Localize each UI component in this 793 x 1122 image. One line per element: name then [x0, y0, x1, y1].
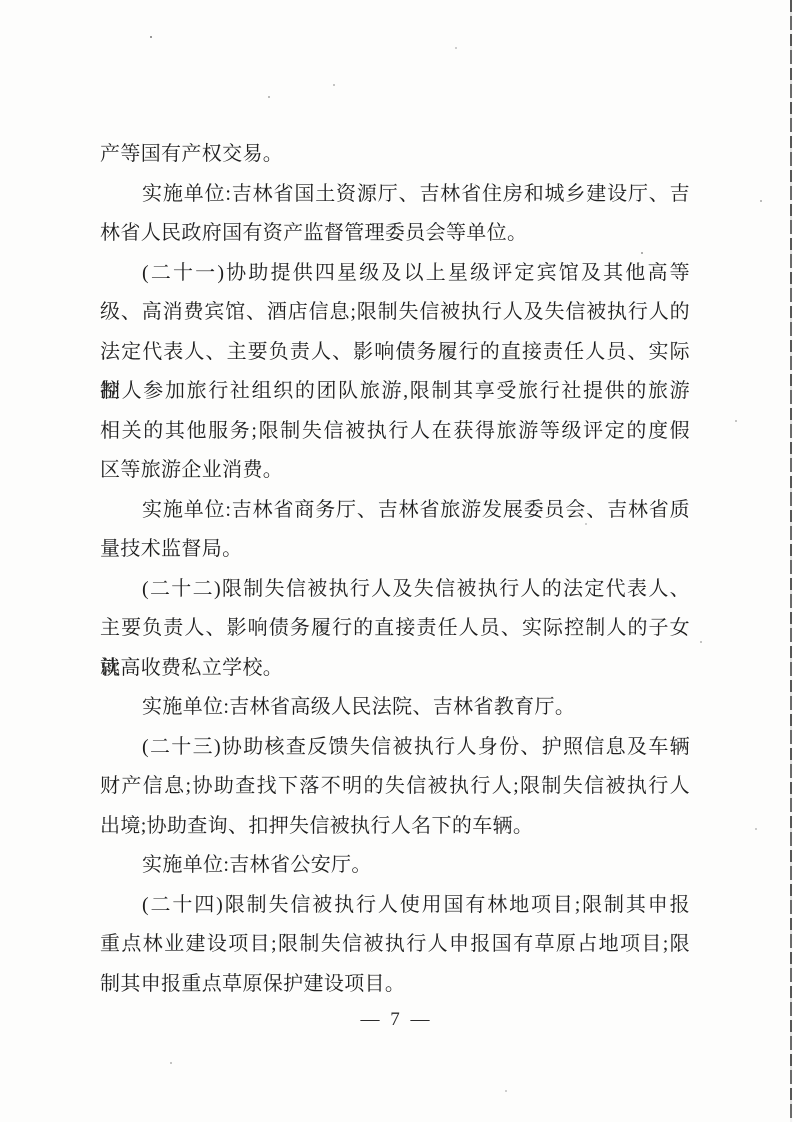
text-line: (二十二)限制失信被执行人及失信被执行人的法定代表人、	[100, 570, 690, 610]
page-number: — 7 —	[0, 1000, 793, 1040]
text-line: 区等旅游企业消费。	[100, 451, 690, 491]
text-line: 实施单位:吉林省公安厅。	[100, 846, 690, 886]
text-line: 实施单位:吉林省商务厅、吉林省旅游发展委员会、吉林省质	[100, 491, 690, 531]
text-line: (二十四)限制失信被执行人使用国有林地项目;限制其申报	[100, 886, 690, 926]
text-line: 制人参加旅行社组织的团队旅游,限制其享受旅行社提供的旅游	[100, 372, 690, 412]
text-line: 出境;协助查询、扣押失信被执行人名下的车辆。	[100, 807, 690, 847]
text-line: 法定代表人、主要负责人、影响债务履行的直接责任人员、实际控	[100, 333, 690, 373]
scan-specks	[0, 0, 2, 2]
text-line: 量技术监督局。	[100, 530, 690, 570]
text-line: 主要负责人、影响债务履行的直接责任人员、实际控制人的子女就	[100, 609, 690, 649]
text-line: 实施单位:吉林省国土资源厅、吉林省住房和城乡建设厅、吉	[100, 175, 690, 215]
text-line: 制其申报重点草原保护建设项目。	[100, 965, 690, 1005]
text-line: 级、高消费宾馆、酒店信息;限制失信被执行人及失信被执行人的	[100, 293, 690, 333]
text-line: 产等国有产权交易。	[100, 135, 690, 175]
document-body: 产等国有产权交易。实施单位:吉林省国土资源厅、吉林省住房和城乡建设厅、吉林省人民…	[100, 135, 690, 1004]
scan-edge-artifact	[790, 0, 792, 1122]
text-line: (二十三)协助核查反馈失信被执行人身份、护照信息及车辆	[100, 728, 690, 768]
text-line: 财产信息;协助查找下落不明的失信被执行人;限制失信被执行人	[100, 767, 690, 807]
document-page: 产等国有产权交易。实施单位:吉林省国土资源厅、吉林省住房和城乡建设厅、吉林省人民…	[0, 0, 793, 1122]
text-line: 林省人民政府国有资产监督管理委员会等单位。	[100, 214, 690, 254]
text-line: 实施单位:吉林省高级人民法院、吉林省教育厅。	[100, 688, 690, 728]
text-line: 相关的其他服务;限制失信被执行人在获得旅游等级评定的度假	[100, 412, 690, 452]
text-line: 重点林业建设项目;限制失信被执行人申报国有草原占地项目;限	[100, 925, 690, 965]
text-line: (二十一)协助提供四星级及以上星级评定宾馆及其他高等	[100, 254, 690, 294]
text-line: 读高收费私立学校。	[100, 649, 690, 689]
